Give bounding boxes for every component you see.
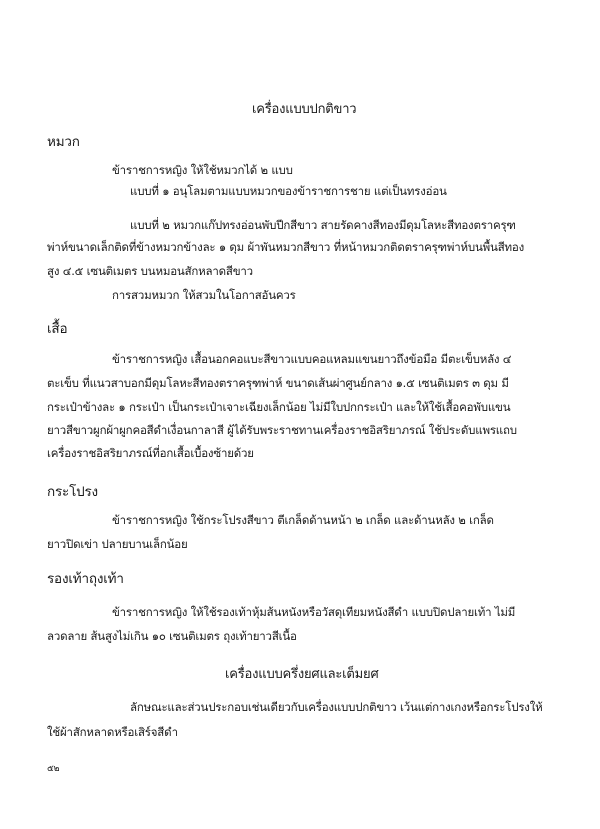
section-heading-shirt: เสื้อ: [47, 322, 67, 336]
section-heading-shoes: รองเท้าถุงเท้า: [47, 572, 124, 586]
paragraph-line: แบบที่ ๒ หมวกแก๊ปทรงอ่อนพับปีกสีขาว สายร…: [130, 218, 516, 232]
paragraph-line: ตะเข็บ ที่แนวสาบอกมีดุมโลหะสีทองตราครุฑพ…: [47, 376, 509, 390]
paragraph-line: ยาวปิดเข่า ปลายบานเล็กน้อย: [47, 537, 188, 551]
document-subtitle: เครื่องแบบครึ่งยศและเต็มยศ: [225, 668, 379, 682]
document-title: เครื่องแบบปกติขาว: [252, 103, 356, 117]
section-heading-skirt: กระโปรง: [47, 485, 98, 499]
paragraph-line: พ่าห์ขนาดเล็กติดที่ข้างหมวกข้างละ ๑ ดุม …: [47, 240, 524, 254]
paragraph-line: สูง ๔.๕ เซนติเมตร บนหมอนสักหลาดสีขาว: [47, 264, 253, 278]
paragraph-line: ลวดลาย ส้นสูงไม่เกิน ๑๐ เซนติเมตร ถุงเท้…: [47, 629, 297, 643]
paragraph-line: กระเป๋าข้างละ ๑ กระเป๋า เป็นกระเป๋าเจาะเ…: [47, 400, 510, 414]
paragraph-line: ข้าราชการหญิง เสื้อนอกคอแบะสีขาวแบบคอแหล…: [112, 352, 511, 366]
paragraph-line: ใช้ผ้าสักหลาดหรือเสิร์จสีดำ: [47, 725, 178, 739]
paragraph-line: การสวมหมวก ให้สวมในโอกาสอันควร: [112, 288, 296, 302]
paragraph-line: ลักษณะและส่วนประกอบเช่นเดียวกับเครื่องแบ…: [130, 700, 543, 714]
paragraph-line: เครื่องราชอิสริยาภรณ์ที่อกเสื้อเบื้องซ้า…: [47, 446, 254, 460]
paragraph-line: ข้าราชการหญิง ให้ใช้หมวกได้ ๒ แบบ: [112, 163, 293, 177]
paragraph-line: ข้าราชการหญิง ให้ใช้รองเท้าหุ้มส้นหนังหร…: [112, 605, 515, 619]
paragraph-line: ข้าราชการหญิง ใช้กระโปรงสีขาว ตีเกล็ดด้า…: [112, 513, 494, 527]
section-heading-hat: หมวก: [47, 135, 80, 149]
paragraph-line: ยาวสีขาวผูกผ้าผูกคอสีดำเงื่อนกาลาสี ผู้ไ…: [47, 423, 517, 437]
page-number: ๕๒: [47, 762, 59, 776]
paragraph-line: แบบที่ ๑ อนุโลมตามแบบหมวกของข้าราชการชาย…: [130, 184, 447, 198]
